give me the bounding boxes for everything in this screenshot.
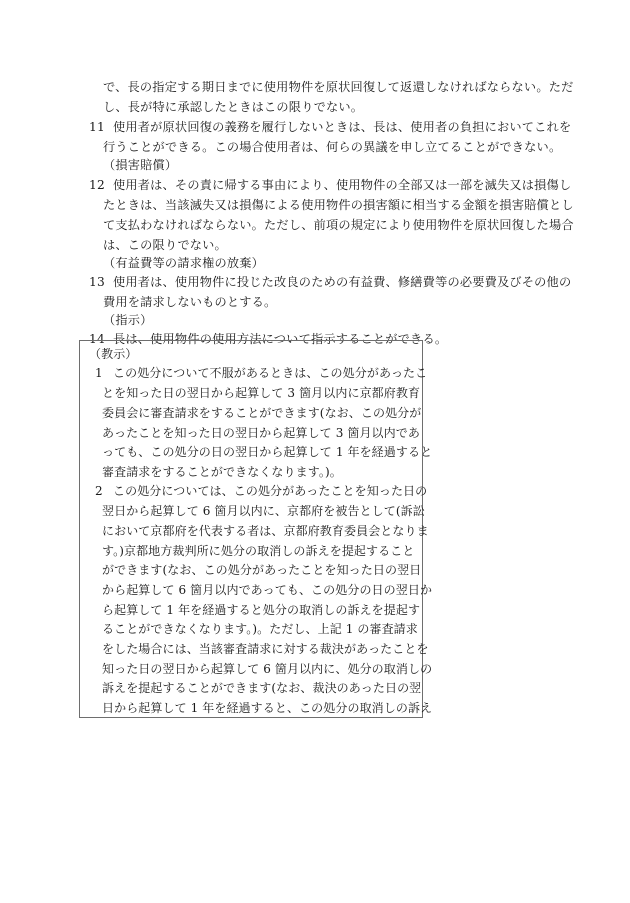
notice-number: 1 [95, 364, 113, 384]
article-number: 13 [89, 273, 113, 291]
notice-line: ができます(なお、この処分があったことを知った日の翌日 [102, 561, 421, 581]
article-item-13: 13使用者は、使用物件に投じた改良のための有益費、修繕費等の必要費及びその他の [89, 273, 571, 291]
article-line: 行うことができる。この場合使用者は、何らの異議を申し立てることができない。 [103, 138, 561, 156]
article-line: たときは、当該滅失又は損傷による使用物件の損害額に相当する金額を損害賠償とし [103, 196, 574, 214]
article-line: て支払わなければならない。ただし、前項の規定により使用物件を原状回復した場合 [103, 216, 574, 234]
article-line: 費用を請求しないものとする。 [103, 293, 276, 311]
notice-line: 審査請求をすることができなくなります。)。 [102, 463, 342, 483]
document-page: で、長の指定する期日までに使用物件を原状回復して返還しなければならない。ただ し… [0, 0, 630, 903]
notice-line: 訴えを提起することができます(なお、裁決のあった日の翌 [102, 679, 421, 699]
article-item-11: 11使用者が原状回復の義務を履行しないときは、長は、使用者の負担においてこれを [89, 118, 571, 136]
notice-line: ら起算して 1 年を経過すると処分の取消しの訴えを提起す [102, 601, 420, 621]
notice-line: ることができなくなります。)。ただし、上記 1 の審査請求 [102, 620, 418, 640]
section-heading-damages: （損害賠償） [103, 156, 177, 174]
article-number: 12 [89, 176, 113, 194]
article-line: し、長が特に承認したときはこの限りでない。 [103, 98, 363, 116]
article-text: 使用者が原状回復の義務を履行しないときは、長は、使用者の負担においてこれを [113, 120, 571, 134]
notice-item-1: 1この処分について不服があるときは、この処分があったこ [95, 364, 427, 384]
article-line: は、この限りでない。 [103, 236, 227, 254]
notice-text: この処分について不服があるときは、この処分があったこ [113, 366, 427, 380]
notice-line: において京都府を代表する者は、京都府教育委員会となりま [102, 522, 429, 542]
notice-line: から起算して 6 箇月以内であっても、この処分の日の翌日か [102, 581, 432, 601]
notice-line: をした場合には、当該審査請求に対する裁決があったことを [102, 640, 429, 660]
notice-line: 委員会に審査請求をすることができます(なお、この処分が [102, 404, 421, 424]
notice-line: 翌日から起算して 6 箇月以内に、京都府を被告として(訴訟 [102, 502, 425, 522]
article-line: で、長の指定する期日までに使用物件を原状回復して返還しなければならない。ただ [103, 78, 573, 96]
notice-item-2: 2この処分については、この処分があったことを知った日の [95, 482, 427, 502]
notice-line: す。)京都地方裁判所に処分の取消しの訴えを提起すること [102, 542, 414, 562]
section-heading-instructions: （指示） [103, 311, 153, 329]
notice-heading: （教示） [89, 345, 137, 365]
notice-line: 知った日の翌日から起算して 6 箇月以内に、処分の取消しの [102, 660, 432, 680]
notice-line: 日から起算して 1 年を経過すると、この処分の取消しの訴え [102, 699, 432, 719]
article-text: 使用者は、使用物件に投じた改良のための有益費、修繕費等の必要費及びその他の [113, 275, 571, 289]
article-item-12: 12使用者は、その責に帰する事由により、使用物件の全部又は一部を滅失又は損傷し [89, 176, 571, 194]
section-heading-waiver: （有益費等の請求権の放棄） [103, 254, 264, 272]
article-text: 使用者は、その責に帰する事由により、使用物件の全部又は一部を滅失又は損傷し [113, 178, 571, 192]
notice-line: とを知った日の翌日から起算して 3 箇月以内に京都府教育 [102, 384, 420, 404]
notice-line: っても、この処分の日の翌日から起算して 1 年を経過すると [102, 443, 432, 463]
notice-number: 2 [95, 482, 113, 502]
article-number: 11 [89, 118, 113, 136]
notice-text: この処分については、この処分があったことを知った日の [113, 484, 427, 498]
notice-line: あったことを知った日の翌日から起算して 3 箇月以内であ [102, 424, 420, 444]
